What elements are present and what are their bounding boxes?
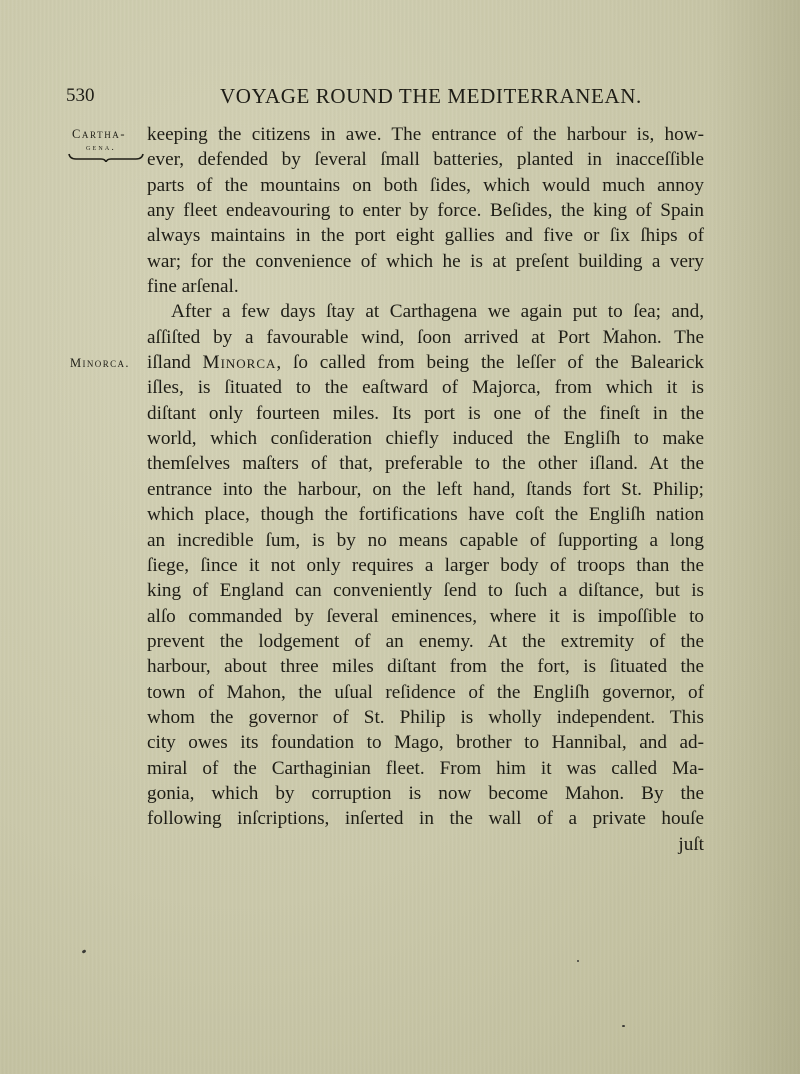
text-line: world, which conſideration chiefly induc…: [147, 426, 704, 451]
text-line: ever, defended by ſeveral ſmall batterie…: [147, 147, 704, 172]
text-line: entrance into the harbour, on the left h…: [147, 477, 704, 502]
brace-icon: [68, 152, 144, 162]
text-line: war; for the convenience of which he is …: [147, 249, 704, 274]
text-line: town of Mahon, the uſual reſidence of th…: [147, 680, 704, 705]
text-line: harbour, about three miles diſtant from …: [147, 654, 704, 679]
page-shadow: [710, 0, 800, 1074]
text-line: aſſiſted by a favourable wind, ſoon arri…: [147, 325, 704, 350]
text-line: which place, though the fortifications h…: [147, 502, 704, 527]
place-name-minorca: Minorca: [203, 352, 277, 373]
text-line-minorca: iſland Minorca, ſo called from being the…: [147, 350, 704, 375]
margin-note-carthagena-cont: gena.: [86, 142, 116, 152]
paper-speck: [622, 1025, 625, 1027]
text-line: iſles, is ſituated to the eaſtward of Ma…: [147, 375, 704, 400]
text-line: whom the governor of St. Philip is wholl…: [147, 705, 704, 730]
text-line: any fleet endeavouring to enter by force…: [147, 198, 704, 223]
text-line: miral of the Carthaginian fleet. From hi…: [147, 756, 704, 781]
paragraph-start: After a few days ſtay at Carthagena we a…: [147, 299, 704, 324]
text-line: themſelves maſters of that, preferable t…: [147, 451, 704, 476]
text-line: ſiege, ſince it not only requires a larg…: [147, 553, 704, 578]
paper-speck: [577, 960, 579, 962]
text-fragment: iſland: [147, 352, 203, 373]
text-fragment: , ſo called from being the leſſer of the…: [276, 352, 704, 373]
running-head: VOYAGE ROUND THE MEDITERRANEAN.: [220, 84, 640, 109]
text-line: gonia, which by corruption is now become…: [147, 781, 704, 806]
catchword: juſt: [147, 832, 704, 857]
paper-speck: [612, 328, 614, 330]
page-number: 530: [66, 85, 95, 107]
margin-note-minorca: Minorca.: [70, 356, 130, 371]
text-line: alſo commanded by ſeveral eminences, whe…: [147, 604, 704, 629]
body-text: keeping the citizens in awe. The entranc…: [147, 122, 704, 857]
margin-note-carthagena: Cartha-: [72, 127, 126, 142]
paper-speck: [82, 949, 87, 954]
text-line: an incredible ſum, is by no means capabl…: [147, 528, 704, 553]
text-line: prevent the lodgement of an enemy. At th…: [147, 629, 704, 654]
text-line: fine arſenal.: [147, 274, 704, 299]
text-line: keeping the citizens in awe. The entranc…: [147, 122, 704, 147]
text-line: king of England can conveniently ſend to…: [147, 578, 704, 603]
text-line: following inſcriptions, inſerted in the …: [147, 806, 704, 831]
text-line: parts of the mountains on both ſides, wh…: [147, 173, 704, 198]
text-line: city owes its foundation to Mago, brothe…: [147, 730, 704, 755]
text-line: diſtant only fourteen miles. Its port is…: [147, 401, 704, 426]
text-line: always maintains in the port eight galli…: [147, 223, 704, 248]
